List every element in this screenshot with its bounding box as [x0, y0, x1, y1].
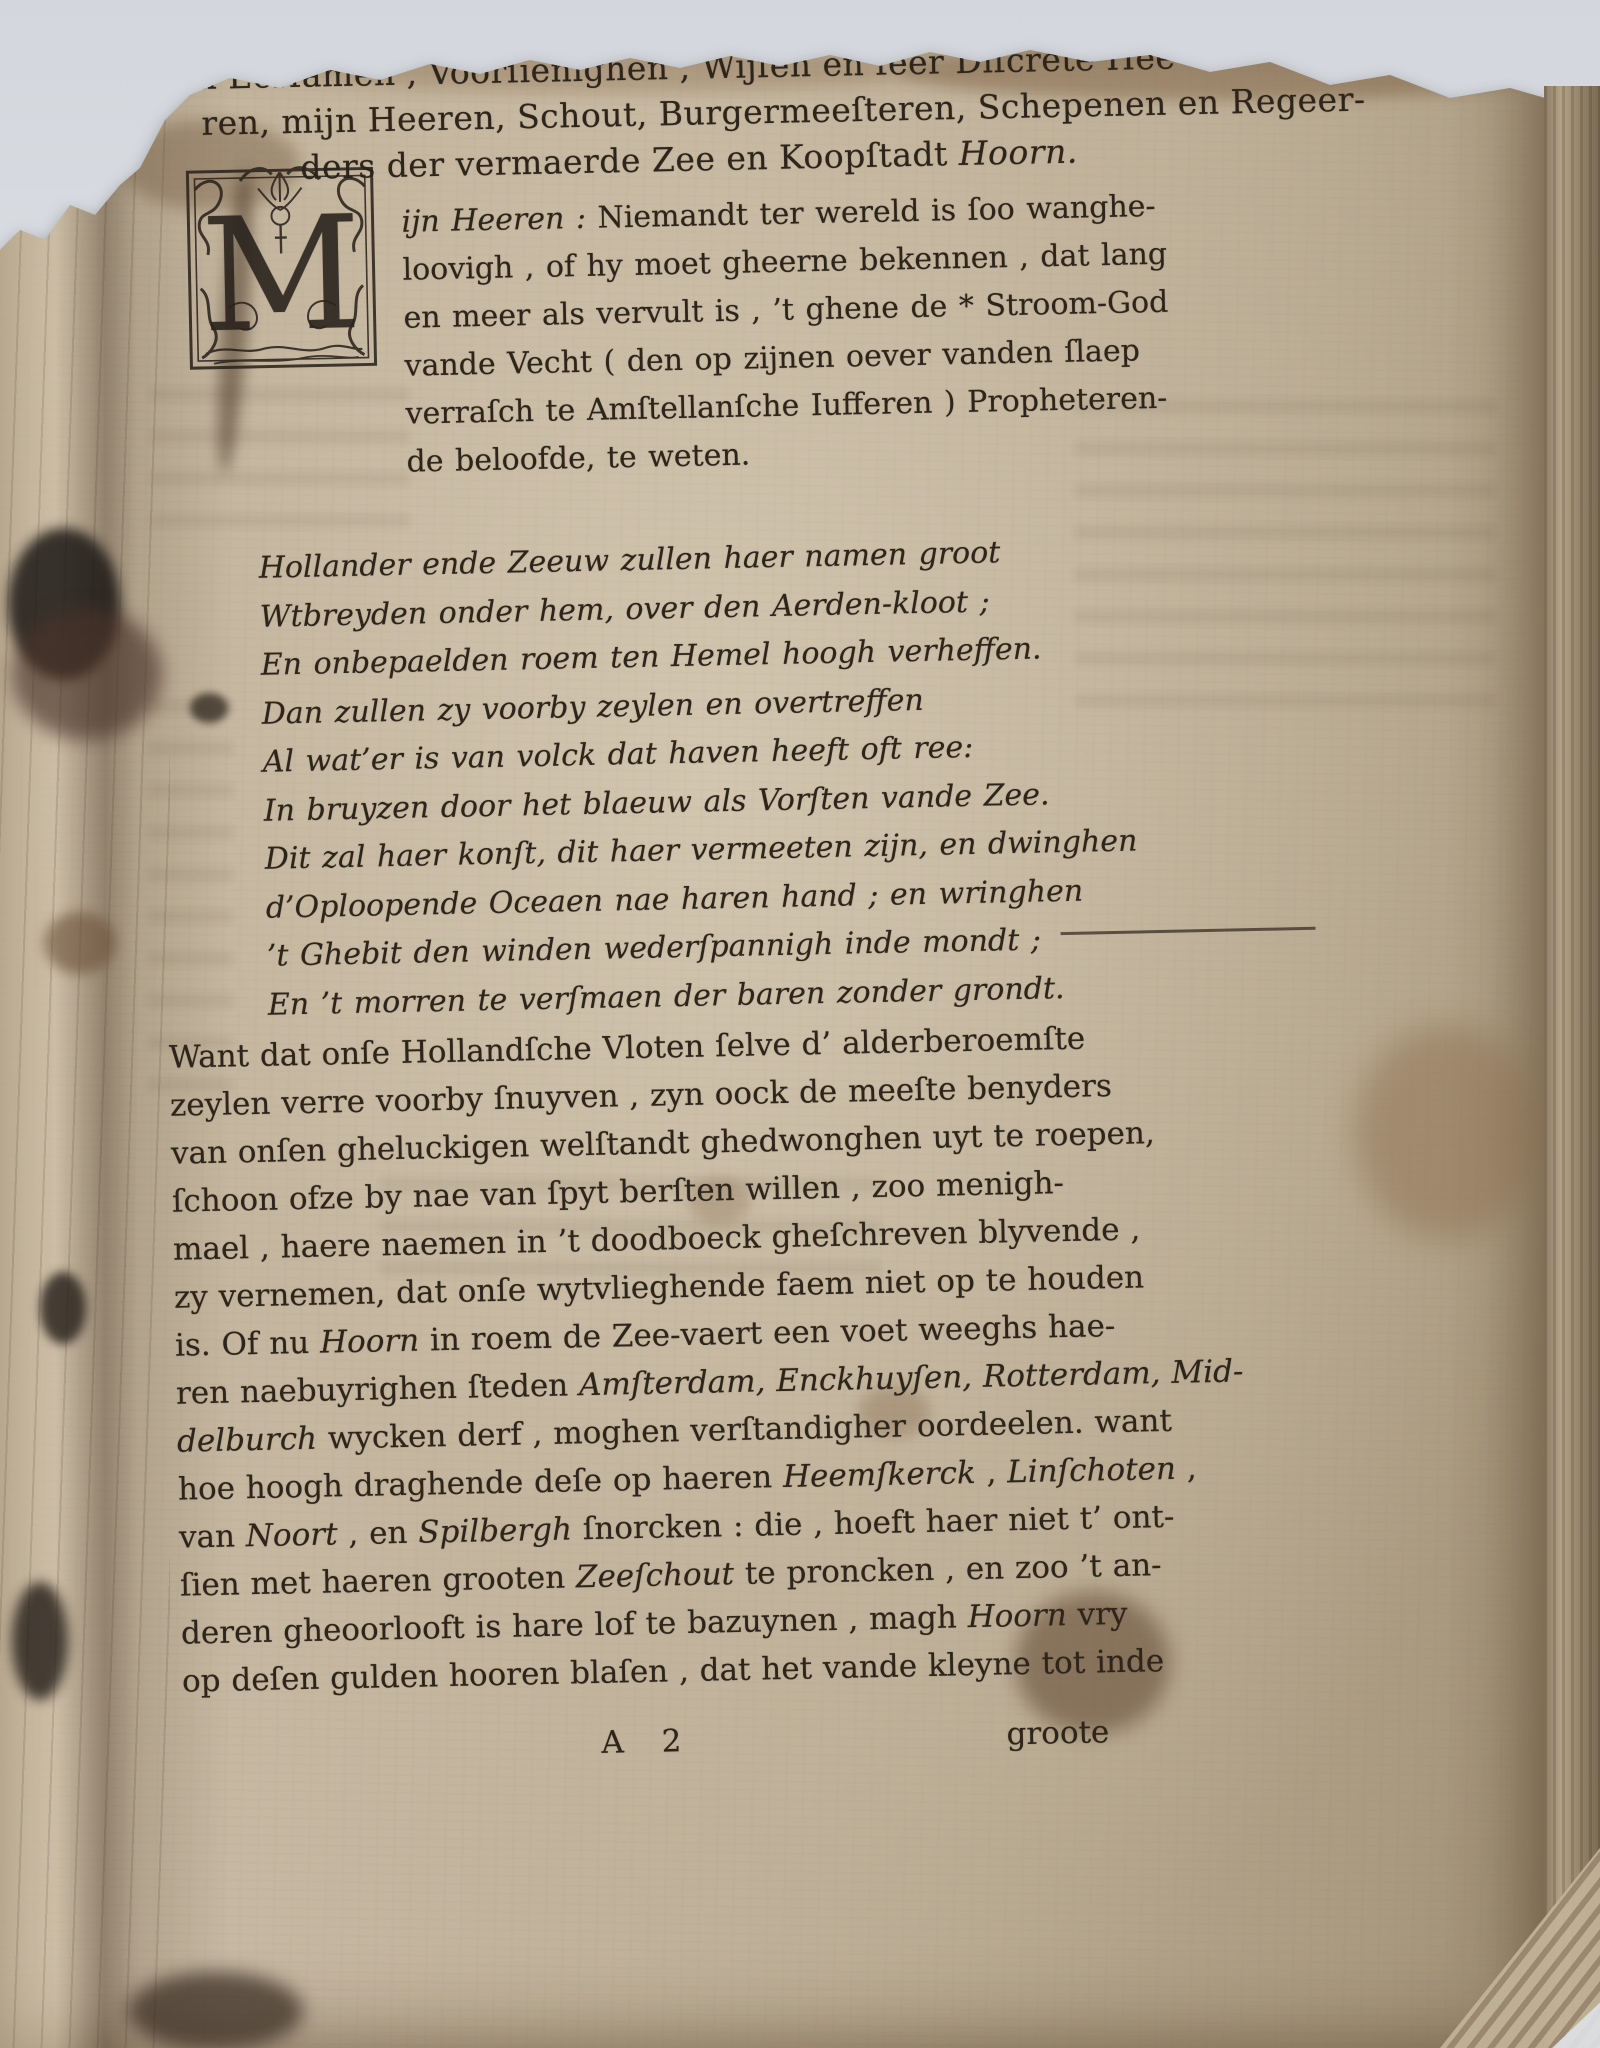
ink-stain: [12, 608, 162, 740]
show-through: [1075, 400, 1495, 735]
stain: [44, 912, 116, 974]
opening-paragraph: ijn Heeren : Niemandt ter wereld is ſoo …: [401, 184, 1087, 486]
fore-edge-page-stack: [1544, 86, 1600, 2048]
page-wrap: Den Eerſamen , Voorſienighen , Wijſen en…: [0, 0, 1600, 2048]
signature-mark: A 2: [601, 1723, 696, 1761]
book-photo: Den Eerſamen , Voorſienighen , Wijſen en…: [0, 0, 1600, 2048]
spine-creases: [0, 0, 170, 2048]
printed-text: Den Eerſamen , Voorſienighen , Wijſen en…: [148, 37, 1114, 1786]
woodcut-initial-M: M: [180, 155, 383, 383]
page-stack-lines: [1544, 86, 1600, 2048]
verse-quotation: Hollander ende Zeeuw zullen haer namen g…: [258, 527, 1098, 1029]
smudge: [128, 1972, 303, 2048]
stitch-hole: [40, 1272, 86, 1344]
svg-text:M: M: [200, 182, 364, 367]
body-paragraph: Want dat onſe Hollandſche Vloten ſelve d…: [168, 1014, 1112, 1705]
stain: [1355, 1025, 1540, 1240]
stitch-hole: [12, 1582, 68, 1700]
book-page: Den Eerſamen , Voorſienighen , Wijſen en…: [0, 0, 1552, 2048]
catchword: groote: [1006, 1714, 1110, 1752]
